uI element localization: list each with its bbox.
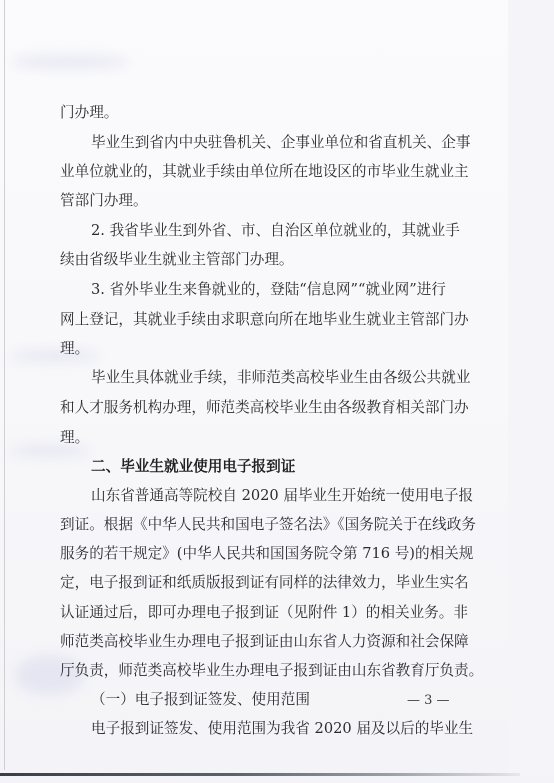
page-edge-line [4,0,5,770]
paragraph-line: 厅负责，师范类高校毕业生办理电子报到证由山东省教育厅负责。 [60,661,444,681]
paragraph-line: 2. 我省毕业生到外省、市、自治区单位就业的，其就业手 [91,221,444,241]
page-number: — 3 — [407,692,450,710]
paragraph-line: 管部门办理。 [60,191,444,211]
paragraph-line: 和人才服务机构办理，师范类高校毕业生由各级教育相关部门办 [60,398,444,418]
scan-bottom-edge [0,773,520,776]
paragraph-line: 定，电子报到证和纸质版报到证有同样的法律效力，毕业生实名 [60,573,444,593]
paragraph-line: 师范类高校毕业生办理电子报到证由山东省人力资源和社会保障 [60,632,444,652]
subsection-heading: （一）电子报到证签发、使用范围 [91,690,310,710]
paragraph-line: 山东省普通高等院校自 2020 届毕业生开始统一使用电子报 [91,486,444,506]
paragraph-line: 3. 省外毕业生来鲁就业的，登陆“信息网”“就业网”进行 [91,280,444,300]
paragraph-line: 认证通过后，即可办理电子报到证（见附件 1）的相关业务。非 [60,603,444,623]
paragraph-line: 到证。根据《中华人民共和国电子签名法》《国务院关于在线政务 [60,515,444,535]
paragraph-line: 业单位就业的，其就业手续由单位所在地设区的市毕业生就业主 [60,162,444,182]
paragraph-line: 服务的若干规定》(中华人民共和国国务院令第 716 号)的相关规 [60,544,444,564]
section-heading: 二、毕业生就业使用电子报到证 [91,457,295,477]
paragraph-line: 毕业生具体就业手续，非师范类高校毕业生由各级公共就业 [91,368,444,388]
scan-smudge [10,55,130,69]
paragraph-line: 门办理。 [60,103,444,123]
paragraph-line: 理。 [60,339,444,359]
paragraph-line: 毕业生到省内中央驻鲁机关、企事业单位和省直机关、企事 [91,133,444,153]
paragraph-line: 理。 [60,428,444,448]
document-page: 门办理。毕业生到省内中央驻鲁机关、企事业单位和省直机关、企事业单位就业的，其就业… [0,0,554,783]
paragraph-line: 网上登记，其就业手续由求职意向所在地毕业生就业主管部门办 [60,310,444,330]
scan-shade [508,0,554,775]
paragraph-line: 电子报到证签发、使用范围为我省 2020 届及以后的毕业生 [91,719,444,739]
paragraph-line: 续由省级毕业生就业主管部门办理。 [60,250,444,270]
